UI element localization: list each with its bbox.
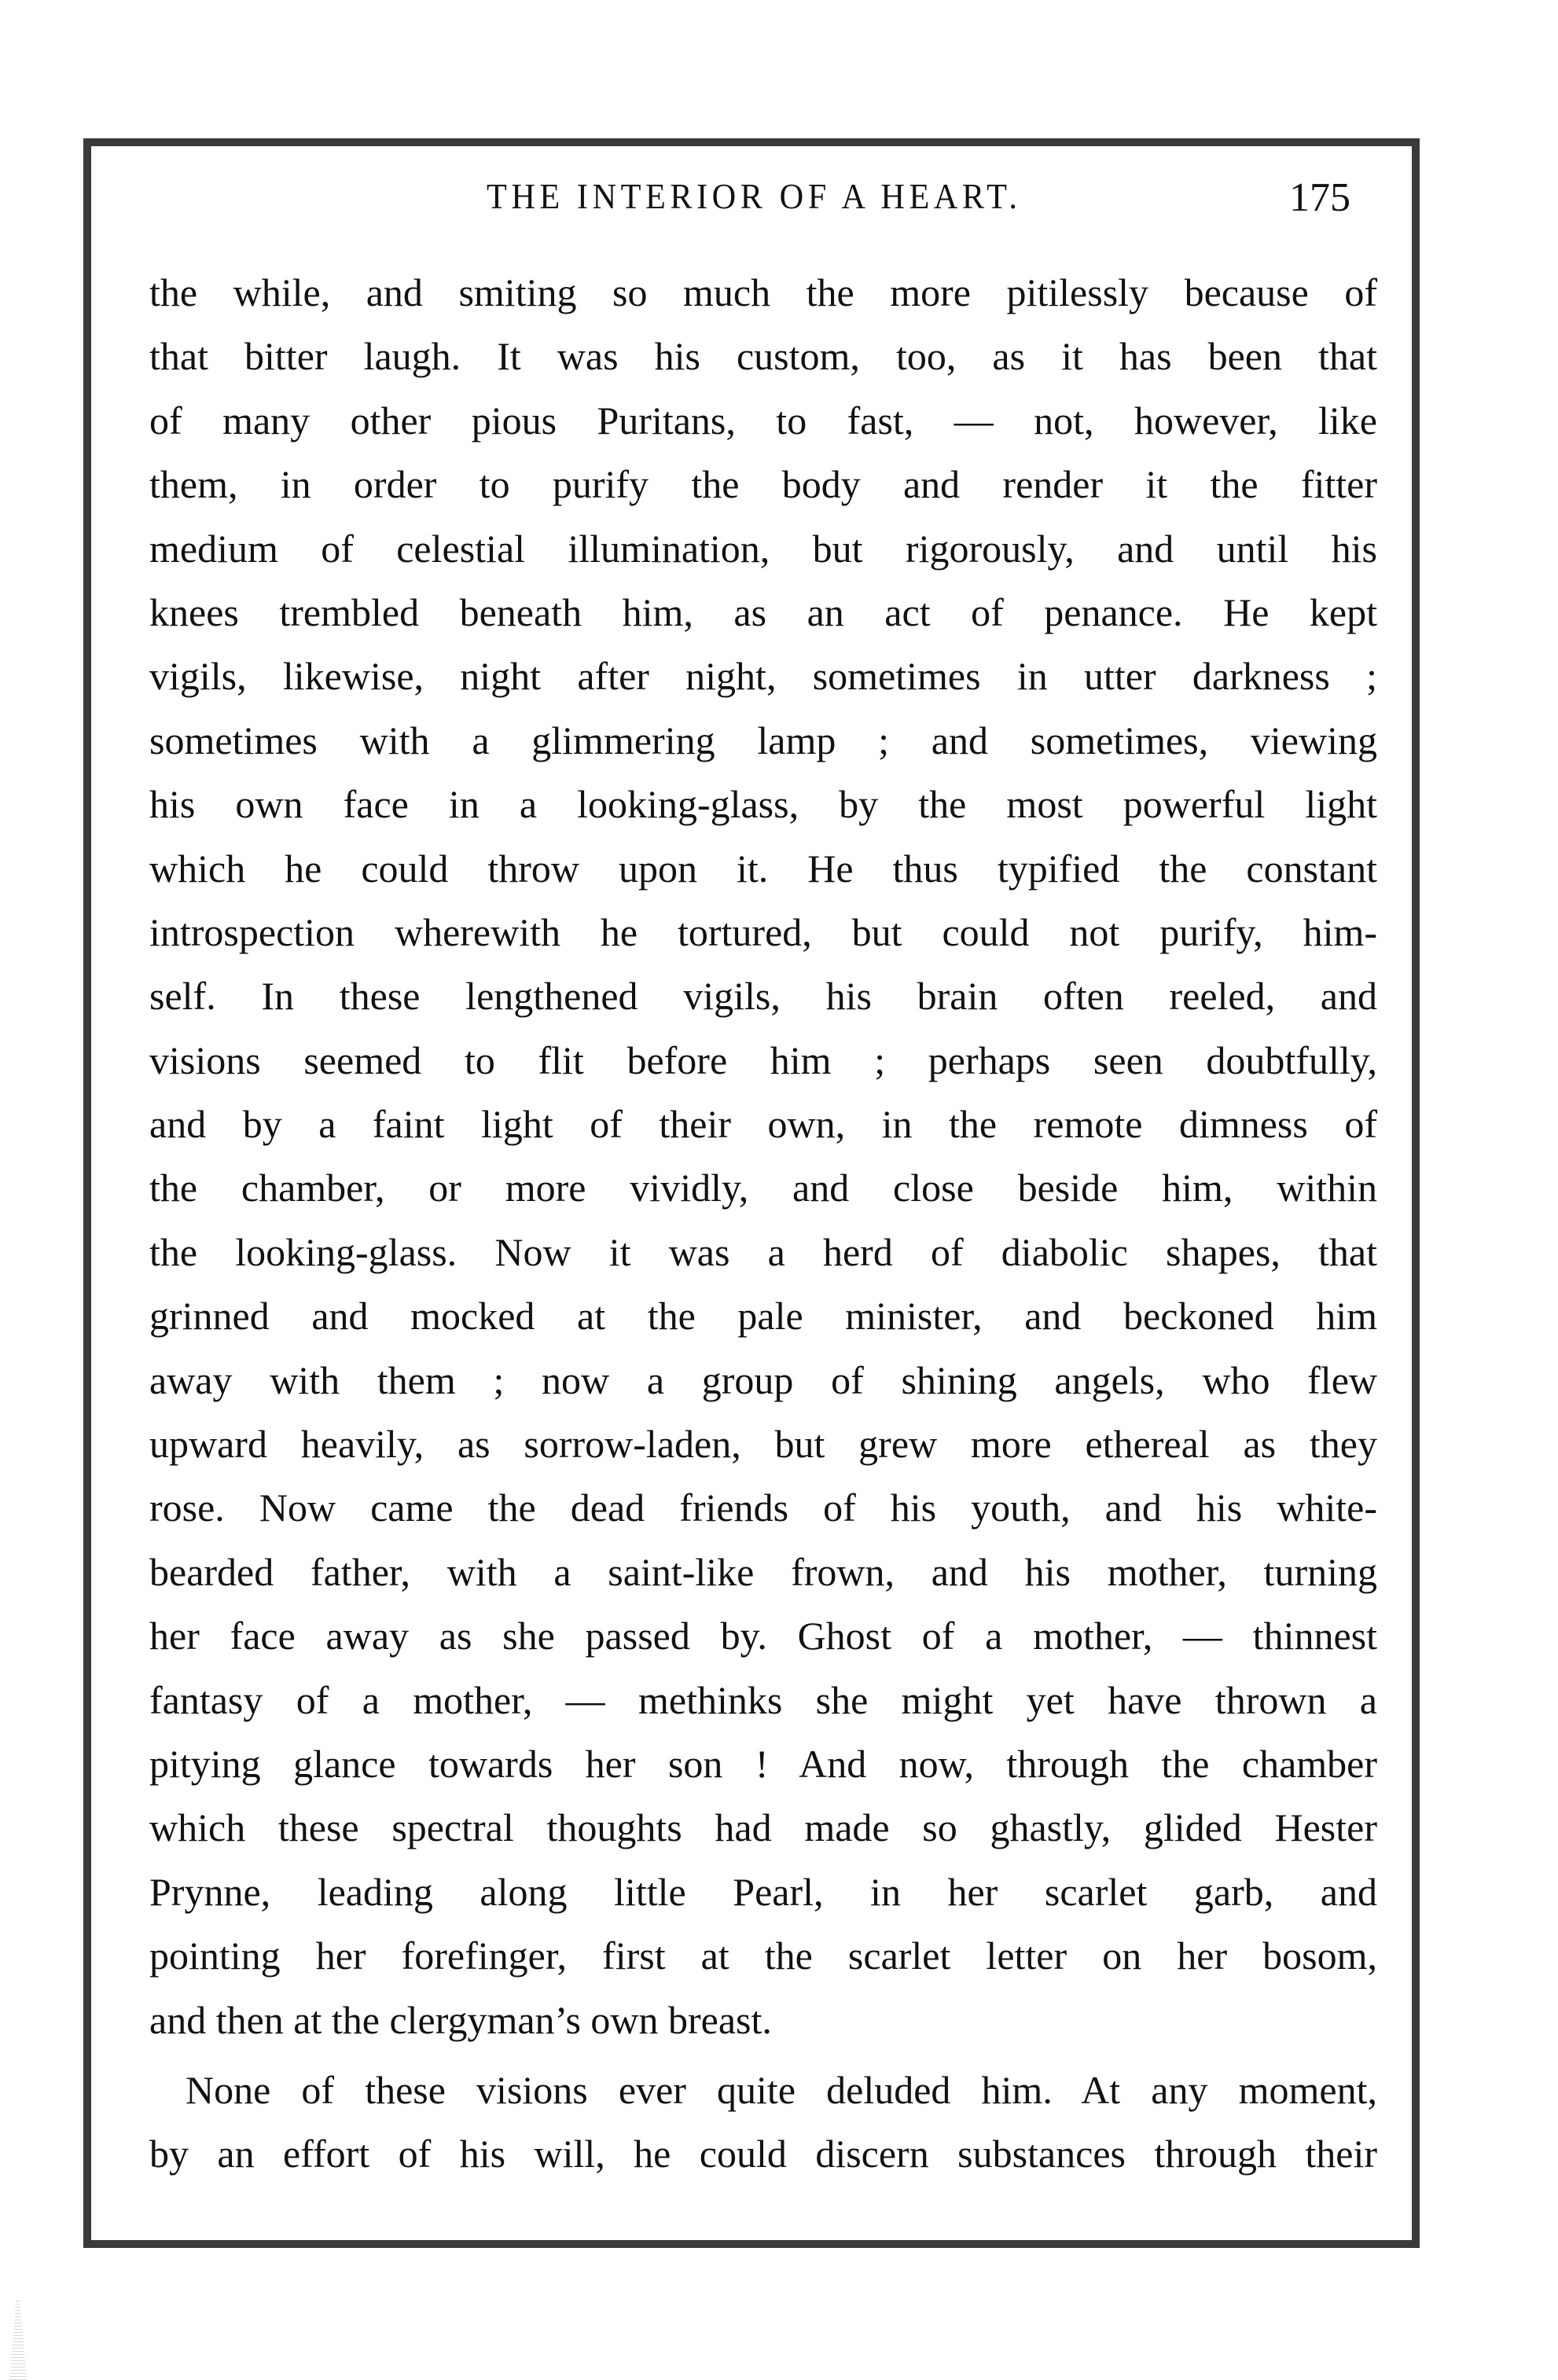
running-head: THE INTERIOR OF A HEART. 175 (0, 165, 1558, 228)
text-line: rose. Now came the dead friends of his y… (149, 1476, 1377, 1540)
text-line: vigils, likewise, night after night, som… (149, 645, 1377, 708)
text-line: self. In these lengthened vigils, his br… (149, 964, 1377, 1028)
running-title: THE INTERIOR OF A HEART. (385, 165, 1123, 228)
text-line: upward heavily, as sorrow-laden, but gre… (149, 1412, 1377, 1476)
text-line: which he could throw upon it. He thus ty… (149, 837, 1377, 901)
text-line: pointing her forefinger, first at the sc… (149, 1924, 1377, 1988)
text-line: them, in order to purify the body and re… (149, 453, 1377, 516)
body-text: the while, and smiting so much the more … (149, 261, 1377, 2187)
text-line: introspection wherewith he tortured, but… (149, 901, 1377, 964)
text-line: of many other pious Puritans, to fast, —… (149, 389, 1377, 453)
text-line: her face away as she passed by. Ghost of… (149, 1604, 1377, 1668)
text-line: the looking-glass. Now it was a herd of … (149, 1221, 1377, 1284)
text-line: bearded father, with a saint-like frown,… (149, 1541, 1377, 1604)
text-line: and then at the clergyman’s own breast. (149, 1989, 1377, 2052)
text-line: by an effort of his will, he could disce… (149, 2122, 1377, 2186)
paragraph-2: None of these visions ever quite deluded… (149, 2059, 1377, 2187)
text-line: the while, and smiting so much the more … (149, 261, 1377, 325)
text-line: sometimes with a glimmering lamp ; and s… (149, 709, 1377, 773)
text-line: away with them ; now a group of shining … (149, 1349, 1377, 1412)
text-line: visions seemed to flit before him ; perh… (149, 1029, 1377, 1093)
paragraph-gap (149, 2052, 1377, 2059)
paragraph-1: the while, and smiting so much the more … (149, 261, 1377, 2052)
text-line: pitying glance towards her son ! And now… (149, 1732, 1377, 1796)
text-line: knees trembled beneath him, as an act of… (149, 581, 1377, 645)
text-line: None of these visions ever quite deluded… (149, 2059, 1377, 2122)
text-line: grinned and mocked at the pale minister,… (149, 1284, 1377, 1348)
text-line: the chamber, or more vividly, and close … (149, 1156, 1377, 1220)
text-line: fantasy of a mother, — methinks she migh… (149, 1669, 1377, 1732)
text-line: his own face in a looking-glass, by the … (149, 773, 1377, 836)
page-number: 175 (1289, 167, 1350, 230)
scan-speckle (9, 2299, 27, 2380)
text-line: and by a faint light of their own, in th… (149, 1093, 1377, 1156)
text-line: that bitter laugh. It was his custom, to… (149, 325, 1377, 388)
text-line: which these spectral thoughts had made s… (149, 1796, 1377, 1860)
text-line: Prynne, leading along little Pearl, in h… (149, 1860, 1377, 1924)
text-line: medium of celestial illumination, but ri… (149, 517, 1377, 581)
